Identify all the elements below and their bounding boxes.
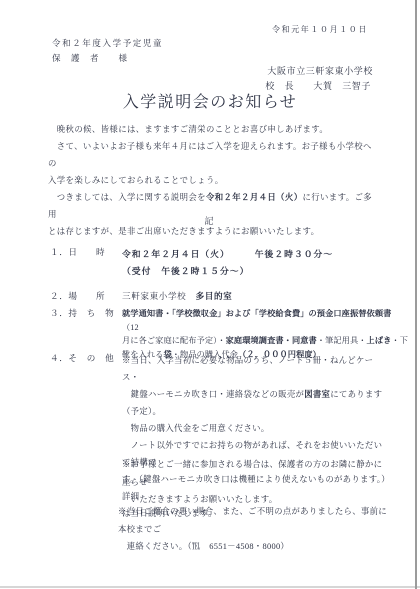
note-contact: ※当日ご都合の悪い場合、また、ご不明の点がありましたら、事前に本校までご 連絡く… xyxy=(118,503,392,556)
intro-paragraph: さて、いよいよお子様も来年４月にはご入学を迎えられます。お子様も小学校への 入学… xyxy=(48,138,376,189)
document-page: 令和元年１０月１０日 令和２年度入学予定児童 保 護 者 様 大阪市立三軒家東小… xyxy=(0,0,420,589)
greeting-paragraph: 晩秋の候、皆様には、ますますご清栄のこととお喜び申しあげます。 xyxy=(48,121,376,138)
addressee-guardian-line: 保 護 者 様 xyxy=(52,52,128,64)
item-label: １．日 時 xyxy=(50,246,105,258)
item-label: ４．そ の 他 xyxy=(50,352,114,364)
addressee-grade-line: 令和２年度入学予定児童 xyxy=(52,37,163,49)
detail-item-place: ２．場 所 三軒家東小学校 多目的室 xyxy=(50,290,420,302)
issue-date: 令和元年１０月１０日 xyxy=(272,24,368,35)
note-accompanying-children: ※お子様とご一緒に参加される場合は、保護者の方のお隣に静かに座らせ いただきます… xyxy=(122,456,384,509)
school-name: 大阪市立三軒家東小学校 xyxy=(267,64,373,77)
item-label: ２．場 所 xyxy=(50,290,105,302)
document-title: 入学説明会のお知らせ xyxy=(0,89,420,112)
item-content: 令和２年２月４日（火） 午後２時３０分～ （受付 午後２時１５分～） xyxy=(122,246,420,280)
detail-item-datetime: １．日 時 令和２年２月４日（火） 午後２時３０分～ （受付 午後２時１５分～） xyxy=(50,246,420,280)
ki-marker: 記 xyxy=(0,214,420,227)
item-content: 三軒家東小学校 多目的室 xyxy=(122,290,420,302)
item-label: ３．持 ち 物 xyxy=(50,307,114,319)
